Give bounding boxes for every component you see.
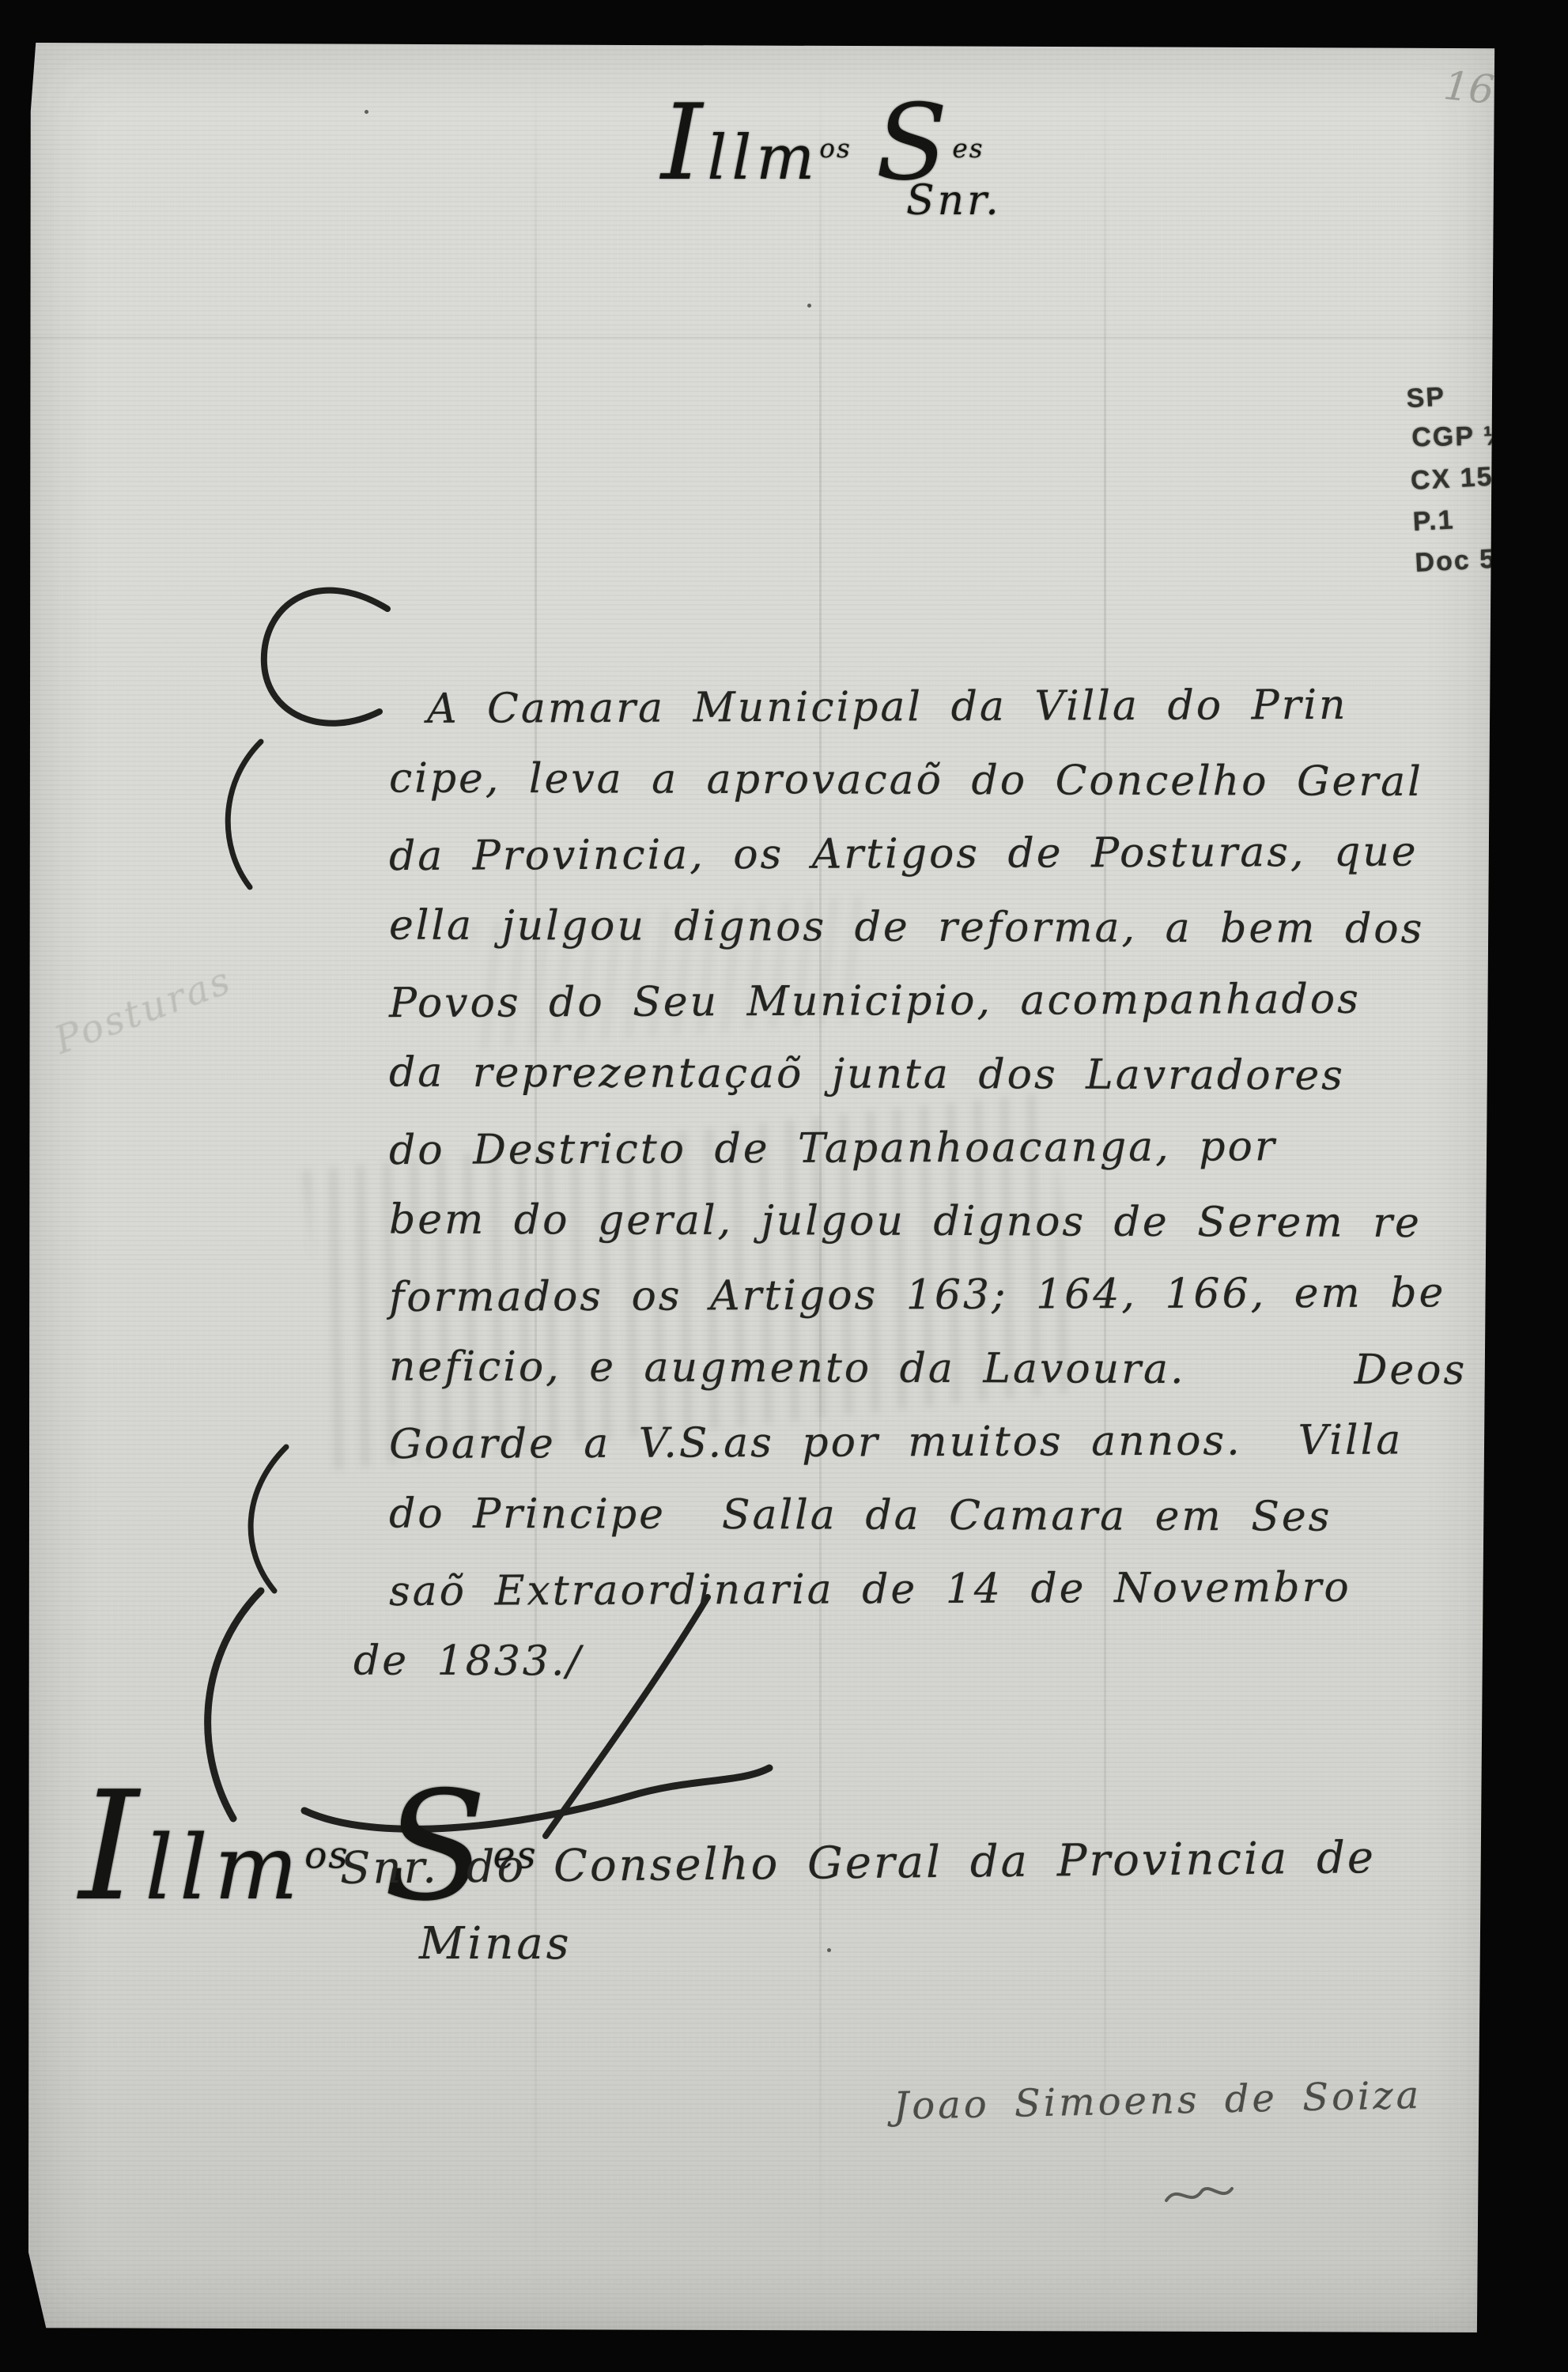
letter-body: A Camara Municipal da Villa do Prin cipe… [389,670,1512,1700]
archive-stamp-line: CX 15 [1410,454,1539,501]
body-line: do Principe Salla da Camara em Ses [389,1478,1512,1555]
margin-note-pencil: Posturas [48,958,237,1063]
body-line: do Destricto de Tapanhoacanga, por [389,1109,1512,1188]
signature-rubric-squiggle [1162,2178,1237,2214]
body-line: da reprezentaçaõ junta dos Lavradores [389,1037,1512,1114]
body-line: bem do geral, julgou dignos de Serem re [389,1184,1512,1261]
salutation-illmos-superscript: os [819,134,852,164]
pen-flourish-curve [231,1439,294,1597]
archive-stamp-line: CGP ½ [1411,415,1539,459]
body-line: ella julgou dignos de reforma, a bem dos [389,889,1512,967]
paper-crease-line [28,337,1496,338]
document-scan: 16 Illmos Ses Snr. SP CGP ½ CX 15 P.1 Do… [0,0,1568,2372]
archive-stamp-line: Doc 53 [1414,536,1543,584]
body-line: neficio, e augmento da Lavoura. Deos [389,1331,1512,1408]
salutation-illmos: Illm [661,82,819,204]
body-line: A Camara Municipal da Villa do Prin [389,668,1512,746]
body-line: saõ Extraordinaria de 14 de Novembro [389,1550,1512,1629]
paper-speck [827,1948,831,1952]
body-line: de 1833./ [353,1624,1512,1702]
page-number: 16 [1441,62,1496,113]
paper-speck [365,110,368,114]
manuscript-page: 16 Illmos Ses Snr. SP CGP ½ CX 15 P.1 Do… [28,43,1496,2332]
pen-flourish-curve [212,735,267,893]
pen-flourish-opening-loop [253,577,403,743]
address-line: Minas [419,1918,572,1970]
salutation-ses-superscript: es [952,134,984,164]
body-line: da Provincia, os Artigos de Posturas, qu… [389,815,1512,893]
address-illmos: Illm [79,1758,304,1934]
signature: Joao Simoens de Soiza [893,2073,1422,2128]
body-line: Povos do Seu Municipio, acompanhados [389,962,1512,1041]
body-line: formados os Artigos 163; 164, 166, em be [389,1256,1512,1335]
archive-stamp-line: SP [1405,372,1534,419]
paper-speck [807,304,811,308]
address-line: Snr. do Conselho Geral da Provincia de [340,1832,1377,1894]
body-line: cipe, leva a aprovacaõ do Concelho Geral [389,742,1512,820]
archive-stamp: SP CGP ½ CX 15 P.1 Doc 53 [1405,372,1542,584]
archive-stamp-line: P.1 [1411,495,1540,542]
salutation-snr: Snr. [906,177,1002,225]
body-line: Goarde a V.S.as por muitos annos. Villa [389,1403,1512,1482]
